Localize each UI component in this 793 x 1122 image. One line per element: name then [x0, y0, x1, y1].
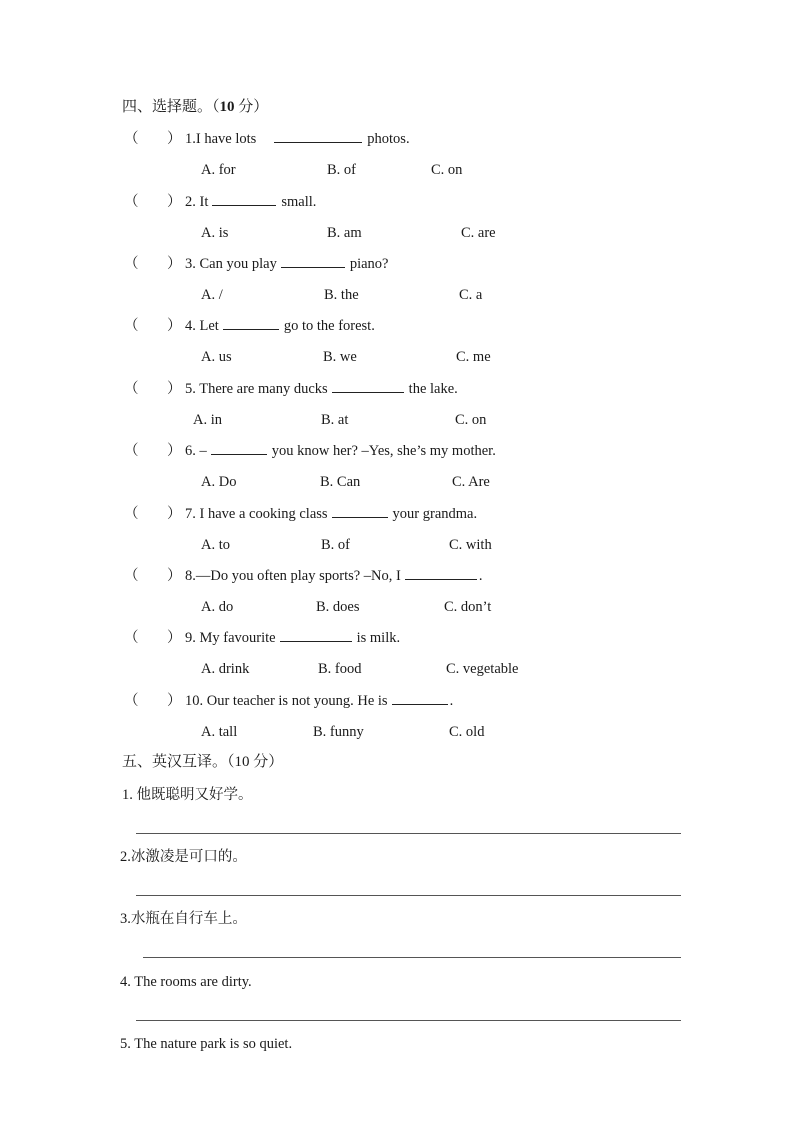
- question-stem-before: It: [196, 194, 208, 210]
- answer-bracket-right: ）: [167, 692, 182, 710]
- question-number: 4.: [185, 318, 196, 334]
- answer-line-4[interactable]: [136, 1020, 681, 1021]
- option-a: A. Do: [201, 473, 236, 491]
- fill-in-blank[interactable]: [332, 380, 404, 393]
- option-a: A. in: [193, 411, 222, 429]
- fill-in-blank[interactable]: [280, 629, 352, 642]
- answer-bracket-left[interactable]: （: [124, 255, 139, 273]
- option-a: A. drink: [201, 660, 249, 678]
- question-text: 2. Itsmall.: [185, 193, 316, 211]
- translation-item-1: 1. 他既聪明又好学。: [122, 786, 253, 804]
- option-a: A. to: [201, 536, 230, 554]
- option-c: C. on: [431, 161, 462, 179]
- question-stem-before: Let: [196, 318, 219, 334]
- question-text: 3. Can you playpiano?: [185, 255, 388, 273]
- section-4-title: 四、选择题。（: [122, 99, 220, 115]
- option-c: C. old: [449, 723, 484, 741]
- option-b: B. of: [327, 161, 356, 179]
- answer-bracket-left[interactable]: （: [124, 505, 139, 523]
- question-stem-before: Our teacher is not young. He is: [203, 693, 387, 709]
- option-c: C. on: [455, 411, 486, 429]
- question-stem-after: go to the forest.: [284, 318, 375, 334]
- question-stem-after: .: [479, 568, 483, 584]
- question-stem-after: photos.: [367, 131, 409, 147]
- option-b: B. am: [327, 224, 362, 242]
- question-number: 6.: [185, 443, 196, 459]
- fill-in-blank[interactable]: [223, 317, 279, 330]
- option-b: B. the: [324, 286, 359, 304]
- question-stem-before: My favourite: [196, 630, 276, 646]
- answer-bracket-right: ）: [167, 130, 182, 148]
- question-stem-before: There are many ducks: [196, 381, 328, 397]
- answer-bracket-left[interactable]: （: [124, 442, 139, 460]
- question-stem-before: I have lots: [196, 131, 256, 147]
- question-stem-after: your grandma.: [393, 506, 478, 522]
- answer-line-1[interactable]: [136, 833, 681, 834]
- question-text: 9. My favouriteis milk.: [185, 629, 400, 647]
- option-c: C. don’t: [444, 598, 491, 616]
- question-stem-before: I have a cooking class: [196, 506, 328, 522]
- answer-bracket-right: ）: [167, 442, 182, 460]
- question-number: 1.: [185, 131, 196, 147]
- question-stem-after: small.: [281, 194, 316, 210]
- option-a: A. is: [201, 224, 228, 242]
- question-stem-after: is milk.: [357, 630, 401, 646]
- answer-line-2[interactable]: [136, 895, 681, 896]
- fill-in-blank[interactable]: [281, 255, 345, 268]
- question-stem-before: —Do you often play sports? –No, I: [196, 568, 401, 584]
- answer-bracket-right: ）: [167, 567, 182, 585]
- option-b: B. at: [321, 411, 348, 429]
- section-5-heading: 五、英汉互译。（10 分）: [122, 753, 283, 771]
- answer-bracket-left[interactable]: （: [124, 193, 139, 211]
- question-text: 5. There are many ducksthe lake.: [185, 380, 458, 398]
- answer-bracket-right: ）: [167, 505, 182, 523]
- translation-item-5: 5. The nature park is so quiet.: [120, 1035, 292, 1053]
- answer-bracket-left[interactable]: （: [124, 130, 139, 148]
- answer-bracket-right: ）: [167, 317, 182, 335]
- option-c: C. me: [456, 348, 491, 366]
- answer-bracket-right: ）: [167, 629, 182, 647]
- question-number: 10.: [185, 693, 203, 709]
- option-b: B. Can: [320, 473, 360, 491]
- question-stem-after: .: [450, 693, 454, 709]
- answer-line-3[interactable]: [143, 957, 681, 958]
- option-c: C. vegetable: [446, 660, 518, 678]
- answer-bracket-right: ）: [167, 193, 182, 211]
- option-c: C. Are: [452, 473, 490, 491]
- option-a: A. do: [201, 598, 233, 616]
- question-text: 7. I have a cooking classyour grandma.: [185, 505, 477, 523]
- fill-in-blank[interactable]: [405, 567, 477, 580]
- fill-in-blank[interactable]: [392, 692, 448, 705]
- answer-bracket-left[interactable]: （: [124, 692, 139, 710]
- option-a: A. for: [201, 161, 236, 179]
- question-text: 8.—Do you often play sports? –No, I.: [185, 567, 482, 585]
- question-stem-after: you know her? –Yes, she’s my mother.: [272, 443, 496, 459]
- section-4-title-suffix: 分）: [235, 99, 269, 115]
- option-b: B. funny: [313, 723, 364, 741]
- translation-item-3: 3.水瓶在自行车上。: [120, 910, 247, 928]
- fill-in-blank[interactable]: [274, 130, 362, 143]
- question-number: 3.: [185, 256, 196, 272]
- option-b: B. we: [323, 348, 357, 366]
- question-number: 2.: [185, 194, 196, 210]
- option-a: A. us: [201, 348, 232, 366]
- question-text: 10. Our teacher is not young. He is.: [185, 692, 453, 710]
- option-c: C. are: [461, 224, 496, 242]
- answer-bracket-left[interactable]: （: [124, 317, 139, 335]
- question-text: 1.I have lotsphotos.: [185, 130, 410, 148]
- option-c: C. with: [449, 536, 492, 554]
- section-4-heading: 四、选择题。（10 分）: [122, 98, 268, 116]
- question-text: 4. Letgo to the forest.: [185, 317, 375, 335]
- answer-bracket-left[interactable]: （: [124, 567, 139, 585]
- question-text: 6. –you know her? –Yes, she’s my mother.: [185, 442, 496, 460]
- section-4-points: 10: [220, 99, 235, 115]
- fill-in-blank[interactable]: [332, 505, 388, 518]
- question-number: 7.: [185, 506, 196, 522]
- answer-bracket-right: ）: [167, 380, 182, 398]
- question-number: 9.: [185, 630, 196, 646]
- answer-bracket-left[interactable]: （: [124, 629, 139, 647]
- answer-bracket-right: ）: [167, 255, 182, 273]
- question-stem-before: –: [196, 443, 207, 459]
- option-c: C. a: [459, 286, 482, 304]
- question-stem-before: Can you play: [196, 256, 277, 272]
- option-b: B. does: [316, 598, 360, 616]
- translation-item-2: 2.冰激凌是可口的。: [120, 848, 247, 866]
- question-stem-after: the lake.: [409, 381, 458, 397]
- option-a: A. /: [201, 286, 223, 304]
- translation-item-4: 4. The rooms are dirty.: [120, 973, 252, 991]
- question-stem-after: piano?: [350, 256, 389, 272]
- fill-in-blank[interactable]: [211, 442, 267, 455]
- question-number: 5.: [185, 381, 196, 397]
- option-b: B. food: [318, 660, 362, 678]
- option-b: B. of: [321, 536, 350, 554]
- question-number: 8.: [185, 568, 196, 584]
- option-a: A. tall: [201, 723, 237, 741]
- answer-bracket-left[interactable]: （: [124, 380, 139, 398]
- fill-in-blank[interactable]: [212, 193, 276, 206]
